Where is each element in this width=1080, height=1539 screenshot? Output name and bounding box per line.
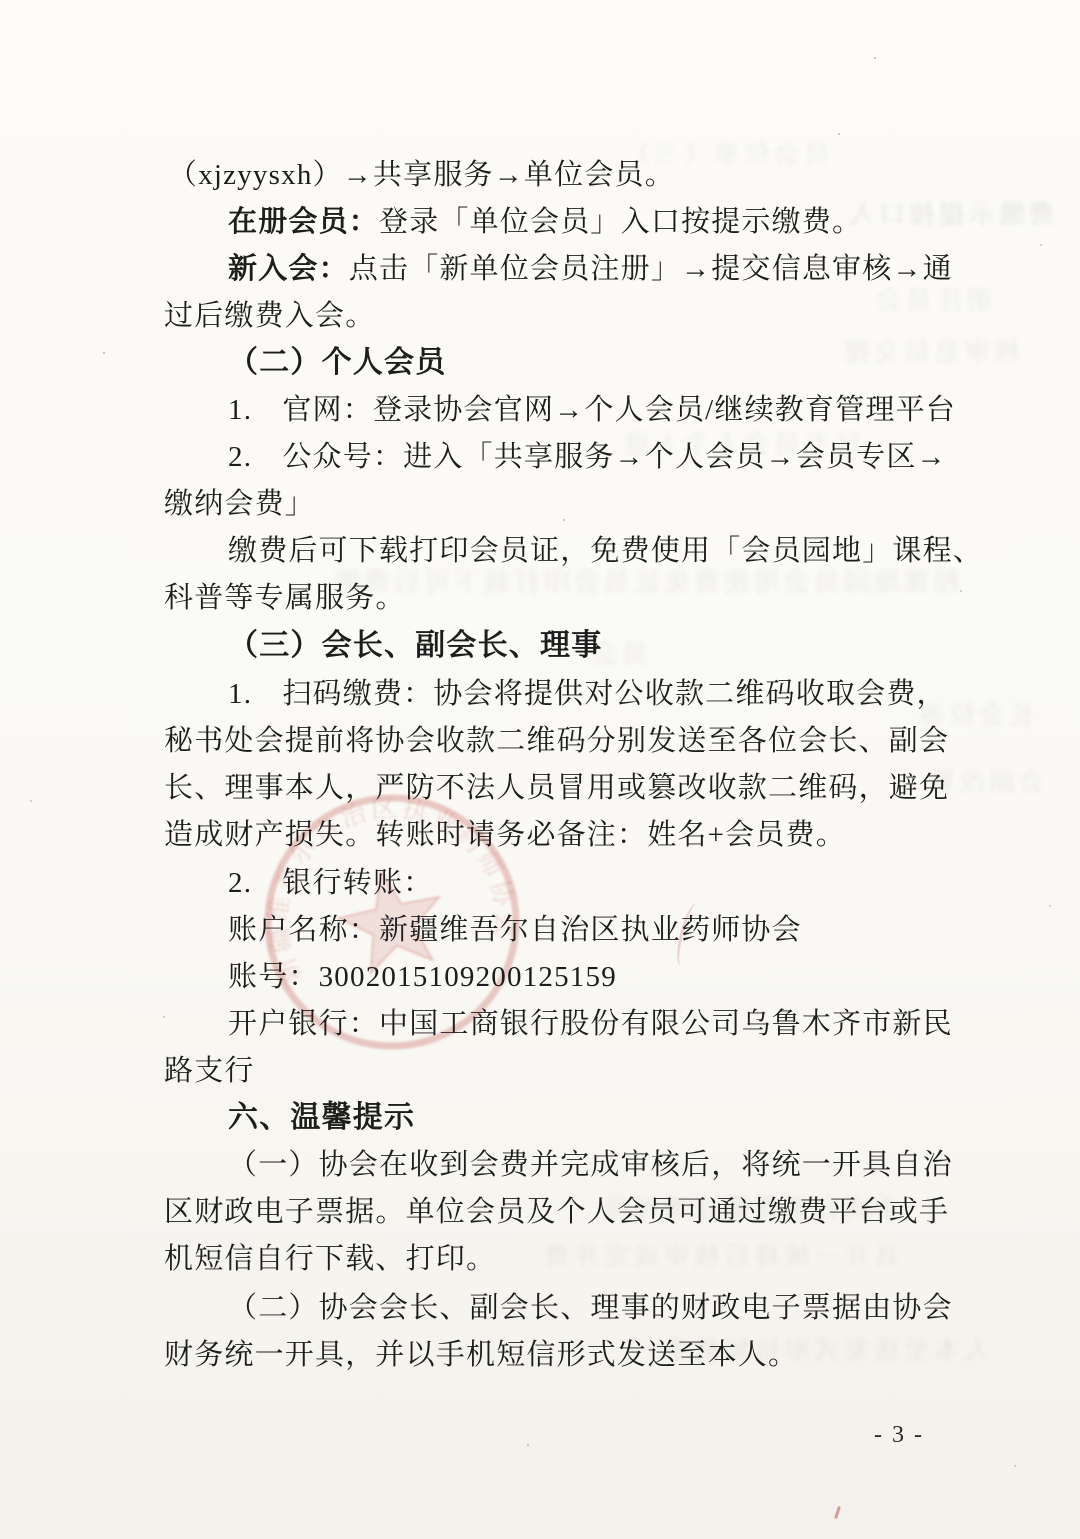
doc-line: 秘书处会提前将协会收款二维码分别发送至各位会长、副会 [164, 723, 949, 759]
doc-line: 科普等专属服务。 [164, 580, 406, 616]
doc-line: （xjzyysxh）→共享服务→单位会员。 [168, 157, 675, 193]
doc-line: 新入会：点击「新单位会员注册」→提交信息审核→通 [228, 251, 953, 287]
doc-line: （二）协会会长、副会长、理事的财政电子票据由协会 [228, 1290, 953, 1326]
text-layer: （xjzyysxh）→共享服务→单位会员。 在册会员：登录「单位会员」入口按提示… [0, 0, 1080, 1539]
scanned-page: 员会位单（三） 费缴示提按口入 册注员会 核审息信交提 区专员会人个入进 程课地… [0, 0, 1080, 1539]
doc-line: 2. 公众号：进入「共享服务→个人会员→会员专区→ [228, 439, 947, 475]
section-heading: 六、温馨提示 [228, 1100, 415, 1136]
doc-line: 路支行 [164, 1053, 255, 1089]
doc-line: 开户银行：中国工商银行股份有限公司乌鲁木齐市新民 [228, 1006, 953, 1042]
doc-line: （一）协会在收到会费并完成审核后，将统一开具自治 [228, 1147, 953, 1183]
doc-line: 2. 银行转账： [228, 865, 433, 901]
doc-line: 造成财产损失。转账时请务必备注：姓名+会员费。 [164, 817, 846, 853]
doc-line: 机短信自行下载、打印。 [164, 1241, 496, 1277]
doc-line: 在册会员：登录「单位会员」入口按提示缴费。 [228, 204, 862, 240]
doc-line: 区财政电子票据。单位会员及个人会员可通过缴费平台或手 [164, 1194, 949, 1230]
doc-line: 1. 扫码缴费：协会将提供对公收款二维码收取会费， [228, 676, 947, 712]
doc-line: 账号：3002015109200125159 [228, 959, 617, 995]
doc-line: 账户名称：新疆维吾尔自治区执业药师协会 [228, 912, 802, 948]
doc-line: 缴纳会费」 [164, 486, 315, 522]
doc-line: 缴费后可下载打印会员证，免费使用「会员园地」课程、 [228, 533, 983, 569]
page-number: - 3 - [874, 1422, 924, 1449]
doc-line: 财务统一开具，并以手机短信形式发送至本人。 [164, 1337, 798, 1373]
doc-line: 1. 官网：登录协会官网→个人会员/继续教育管理平台 [228, 392, 956, 428]
doc-line: 长、理事本人，严防不法人员冒用或篡改收款二维码，避免 [164, 770, 949, 806]
section-heading: （三）会长、副会长、理事 [228, 628, 602, 664]
section-heading: （二）个人会员 [228, 345, 446, 381]
doc-line: 过后缴费入会。 [164, 298, 375, 334]
